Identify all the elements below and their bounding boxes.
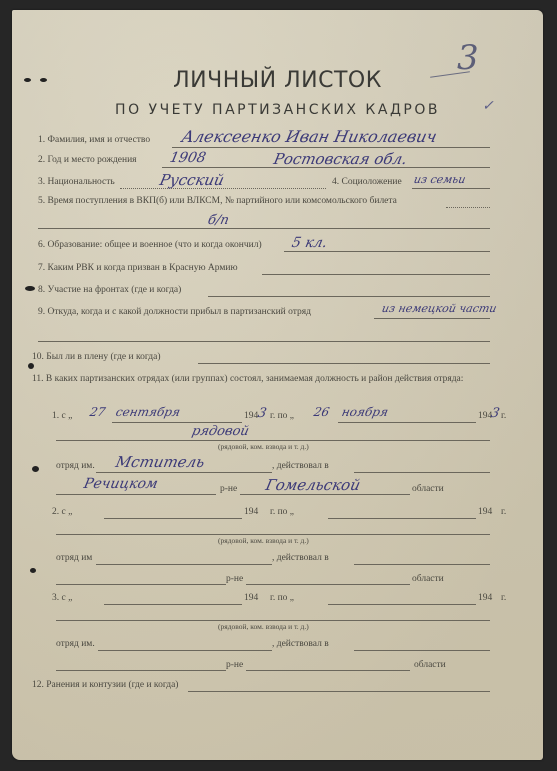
entry-3-district-label: р-не — [226, 660, 243, 670]
entry-1-district-label: р-не — [220, 484, 237, 494]
entry-2-to-prefix: г. по „ — [270, 507, 294, 517]
entry-3-detachment-line — [98, 650, 272, 651]
entry-1-from-line — [112, 422, 242, 423]
check-mark: ✓ — [482, 98, 494, 114]
field-5-line-a — [446, 207, 490, 208]
entry-3-acted-line — [354, 650, 490, 651]
entry-1-region: Гомельской — [264, 476, 362, 494]
document-page: 3 ЛИЧНЫЙ ЛИСТОК ПО УЧЕТУ ПАРТИЗАНСКИХ КА… — [12, 10, 543, 760]
entry-2-district-label: р-не — [226, 574, 243, 584]
entry-3-district-line — [56, 670, 226, 671]
field-8-line — [208, 296, 490, 297]
document-title: ЛИЧНЫЙ ЛИСТОК — [12, 68, 543, 93]
entry-3-region-label: области — [414, 660, 446, 670]
entry-1-region-line — [240, 494, 410, 495]
entry-1-to-month: ноября — [341, 405, 390, 419]
entry-3-end: г. — [501, 593, 506, 603]
field-1-line — [172, 147, 490, 148]
entry-2-acted-line — [354, 564, 490, 565]
entry-1-end: г. — [501, 411, 506, 421]
field-3-line — [120, 188, 326, 189]
entry-3-to-prefix: г. по „ — [270, 593, 294, 603]
field-4-label: 4. Социоложение — [332, 177, 402, 187]
entry-1-acted-label: , действовал в — [272, 461, 329, 471]
entry-1-region-label: области — [412, 484, 444, 494]
entry-3-position-hint: (рядовой, ком. взвода и т. д.) — [218, 622, 309, 631]
field-4-line — [412, 188, 490, 189]
field-9-value: из немецкой части — [381, 302, 498, 315]
field-2-place: Ростовская обл. — [272, 150, 409, 168]
entry-2-acted-label: , действовал в — [272, 553, 329, 563]
entry-1-district: Речицком — [82, 476, 159, 492]
entry-2-region-line — [246, 584, 410, 585]
entry-2-prefix: 2. с „ — [52, 507, 72, 517]
field-9-line-a — [374, 318, 490, 319]
field-6-label: 6. Образование: общее и военное (что и к… — [38, 240, 262, 250]
entry-3-to-line — [328, 604, 476, 605]
field-6-value: 5 кл. — [290, 235, 328, 251]
field-3-label: 3. Национальность — [38, 177, 115, 187]
entry-2-from-year: 194 — [244, 507, 258, 517]
field-10-label: 10. Был ли в плену (где и когда) — [32, 352, 161, 362]
entry-1-detachment: Мститель — [114, 453, 206, 471]
document-subtitle: ПО УЧЕТУ ПАРТИЗАНСКИХ КАДРОВ — [12, 102, 543, 118]
field-11-label: 11. В каких партизанских отрядах (или гр… — [32, 373, 512, 386]
field-5-label: 5. Время поступления в ВКП(б) или ВЛКСМ,… — [38, 196, 397, 206]
entry-1-from-month: сентября — [115, 405, 182, 419]
entry-3-from-year: 194 — [244, 593, 258, 603]
field-7-label: 7. Каким РВК и когда призван в Красную А… — [38, 263, 238, 273]
entry-3-detachment-label: отряд им. — [56, 639, 95, 649]
entry-1-from-year-hw: 3 — [256, 406, 267, 421]
entry-1-to-line — [338, 422, 476, 423]
entry-1-to-day: 26 — [313, 405, 331, 419]
field-6-line — [284, 251, 490, 252]
field-12-line — [188, 691, 490, 692]
field-4-value: из семьи — [413, 173, 467, 186]
punch-hole — [30, 568, 36, 573]
field-2-label: 2. Год и место рождения — [38, 155, 137, 165]
entry-1-position: рядовой — [190, 424, 250, 439]
entry-1-prefix: 1. с „ — [52, 411, 72, 421]
entry-1-position-hint: (рядовой, ком. взвода и т. д.) — [218, 442, 309, 451]
entry-1-to-prefix: г. по „ — [270, 411, 294, 421]
entry-1-detachment-label: отряд им. — [56, 461, 95, 471]
field-5-line-b — [38, 228, 490, 229]
entry-2-from-line — [104, 518, 242, 519]
field-7-line — [262, 274, 490, 275]
field-5-value: б/п — [206, 213, 230, 228]
entry-2-end: г. — [501, 507, 506, 517]
punch-hole — [28, 363, 34, 369]
entry-3-from-line — [104, 604, 242, 605]
entry-2-to-year: 194 — [478, 507, 492, 517]
entry-1-position-line — [56, 440, 490, 441]
punch-hole — [25, 286, 35, 291]
field-2-year: 1908 — [168, 150, 207, 166]
entry-2-district-line — [56, 584, 226, 585]
field-9-label: 9. Откуда, когда и с какой должности при… — [38, 307, 311, 317]
field-9-line-b — [38, 341, 490, 342]
field-3-value: Русский — [158, 171, 226, 189]
field-12-label: 12. Ранения и контузии (где и когда) — [32, 680, 178, 690]
entry-1-detachment-line — [96, 472, 272, 473]
field-8-label: 8. Участие на фронтах (где и когда) — [38, 285, 181, 295]
field-1-value: Алексеенко Иван Николаевич — [180, 127, 439, 146]
entry-1-to-year-hw: 3 — [489, 406, 500, 421]
entry-1-acted-line — [354, 472, 490, 473]
entry-2-position-hint: (рядовой, ком. взвода и т. д.) — [218, 536, 309, 545]
entry-3-region-line — [246, 670, 410, 671]
entry-1-from-day: 27 — [89, 405, 107, 419]
field-11-text: 11. В каких партизанских отрядах (или гр… — [32, 374, 463, 384]
entry-1-district-line — [56, 494, 216, 495]
entry-3-to-year: 194 — [478, 593, 492, 603]
entry-3-prefix: 3. с „ — [52, 593, 72, 603]
field-1-label: 1. Фамилия, имя и отчество — [38, 135, 150, 145]
entry-2-detachment-label: отряд им — [56, 553, 92, 563]
entry-3-position-line — [56, 620, 490, 621]
entry-2-position-line — [56, 534, 490, 535]
entry-2-to-line — [328, 518, 476, 519]
entry-3-acted-label: , действовал в — [272, 639, 329, 649]
punch-hole — [32, 466, 39, 472]
entry-2-region-label: области — [412, 574, 444, 584]
entry-2-detachment-line — [96, 564, 272, 565]
field-10-line — [198, 363, 490, 364]
